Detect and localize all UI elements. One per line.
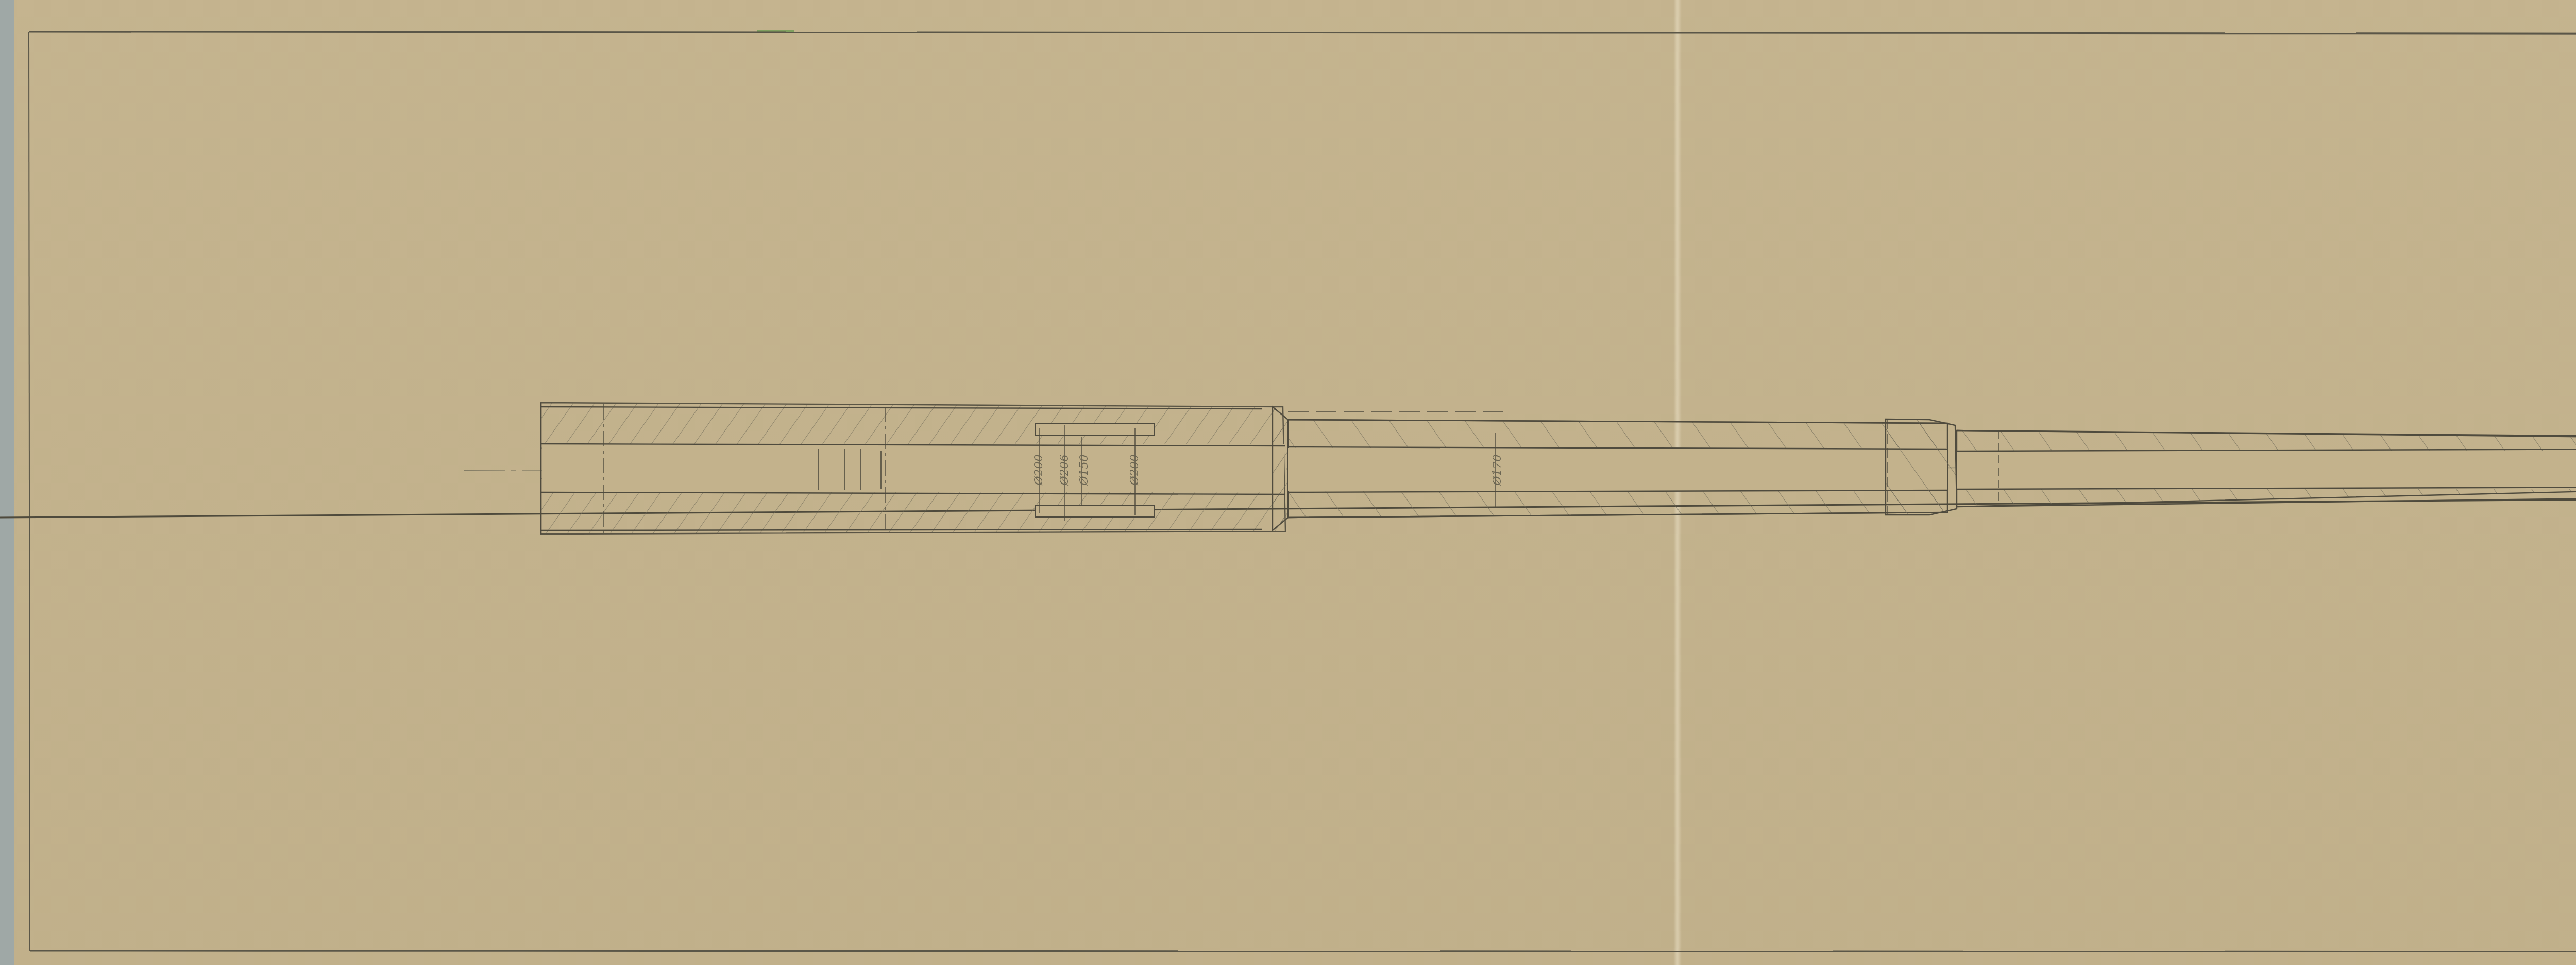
dimension-label: Ø150 — [1078, 454, 1091, 485]
dimension-label: Ø200 — [1032, 454, 1045, 485]
barrel-section — [541, 403, 2576, 534]
technical-drawing — [0, 0, 2576, 965]
dimension-label: Ø200 — [1128, 454, 1141, 485]
dimension-label: Ø170 — [1491, 454, 1504, 485]
dimension-label: Ø206 — [1058, 454, 1071, 485]
